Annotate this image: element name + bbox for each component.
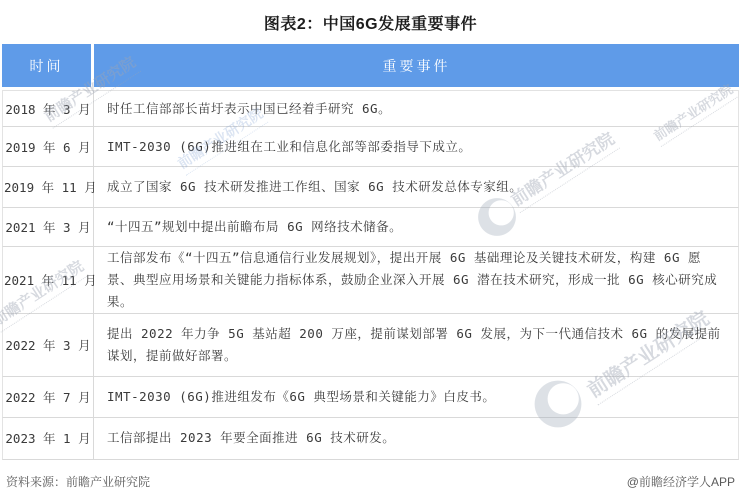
event-cell: 工信部发布《“十四五”信息通信行业发展规划》，提出开展 6G 基础理论及关键技术…	[94, 247, 739, 314]
event-cell: IMT-2030 (6G)推进组在工业和信息化部等部委指导下成立。	[94, 127, 739, 167]
time-cell: 2019 年 11 月	[2, 167, 94, 208]
time-cell: 2023 年 1 月	[2, 418, 94, 460]
page-title: 图表2：中国6G发展重要事件	[0, 0, 741, 44]
figure-container: 图表2：中国6G发展重要事件 时间 重要事件 2018 年 3 月 时任工信部部…	[0, 0, 741, 499]
col-header-time: 时间	[2, 44, 94, 90]
table-row: 2022 年 7 月 IMT-2030 (6G)推进组发布《6G 典型场景和关键…	[2, 377, 739, 418]
table-row: 2019 年 11 月 成立了国家 6G 技术研发推进工作组、国家 6G 技术研…	[2, 167, 739, 208]
table-header-row: 时间 重要事件	[2, 44, 739, 90]
time-cell: 2019 年 6 月	[2, 127, 94, 167]
table-row: 2023 年 1 月 工信部提出 2023 年要全面推进 6G 技术研发。	[2, 418, 739, 460]
table-row: 2022 年 3 月 提出 2022 年力争 5G 基站超 200 万座，提前谋…	[2, 314, 739, 377]
events-table: 时间 重要事件 2018 年 3 月 时任工信部部长苗圩表示中国已经着手研究 6…	[2, 44, 739, 460]
table-row: 2018 年 3 月 时任工信部部长苗圩表示中国已经着手研究 6G。	[2, 90, 739, 127]
credit-label: @前瞻经济学人APP	[627, 473, 735, 490]
table-row: 2019 年 6 月 IMT-2030 (6G)推进组在工业和信息化部等部委指导…	[2, 127, 739, 167]
time-cell: 2021 年 3 月	[2, 208, 94, 247]
event-cell: 工信部提出 2023 年要全面推进 6G 技术研发。	[94, 418, 739, 460]
event-cell: 时任工信部部长苗圩表示中国已经着手研究 6G。	[94, 90, 739, 127]
time-cell: 2018 年 3 月	[2, 90, 94, 127]
source-label: 资料来源：前瞻产业研究院	[6, 473, 150, 490]
time-cell: 2021 年 11 月	[2, 247, 94, 314]
table-row: 2021 年 11 月 工信部发布《“十四五”信息通信行业发展规划》，提出开展 …	[2, 247, 739, 314]
table-row: 2021 年 3 月 “十四五”规划中提出前瞻布局 6G 网络技术储备。	[2, 208, 739, 247]
event-cell: “十四五”规划中提出前瞻布局 6G 网络技术储备。	[94, 208, 739, 247]
col-header-event: 重要事件	[94, 44, 739, 90]
time-cell: 2022 年 7 月	[2, 377, 94, 418]
event-cell: 提出 2022 年力争 5G 基站超 200 万座，提前谋划部署 6G 发展，为…	[94, 314, 739, 377]
time-cell: 2022 年 3 月	[2, 314, 94, 377]
figure-footer: 资料来源：前瞻产业研究院 @前瞻经济学人APP	[2, 460, 739, 499]
event-cell: IMT-2030 (6G)推进组发布《6G 典型场景和关键能力》白皮书。	[94, 377, 739, 418]
event-cell: 成立了国家 6G 技术研发推进工作组、国家 6G 技术研发总体专家组。	[94, 167, 739, 208]
